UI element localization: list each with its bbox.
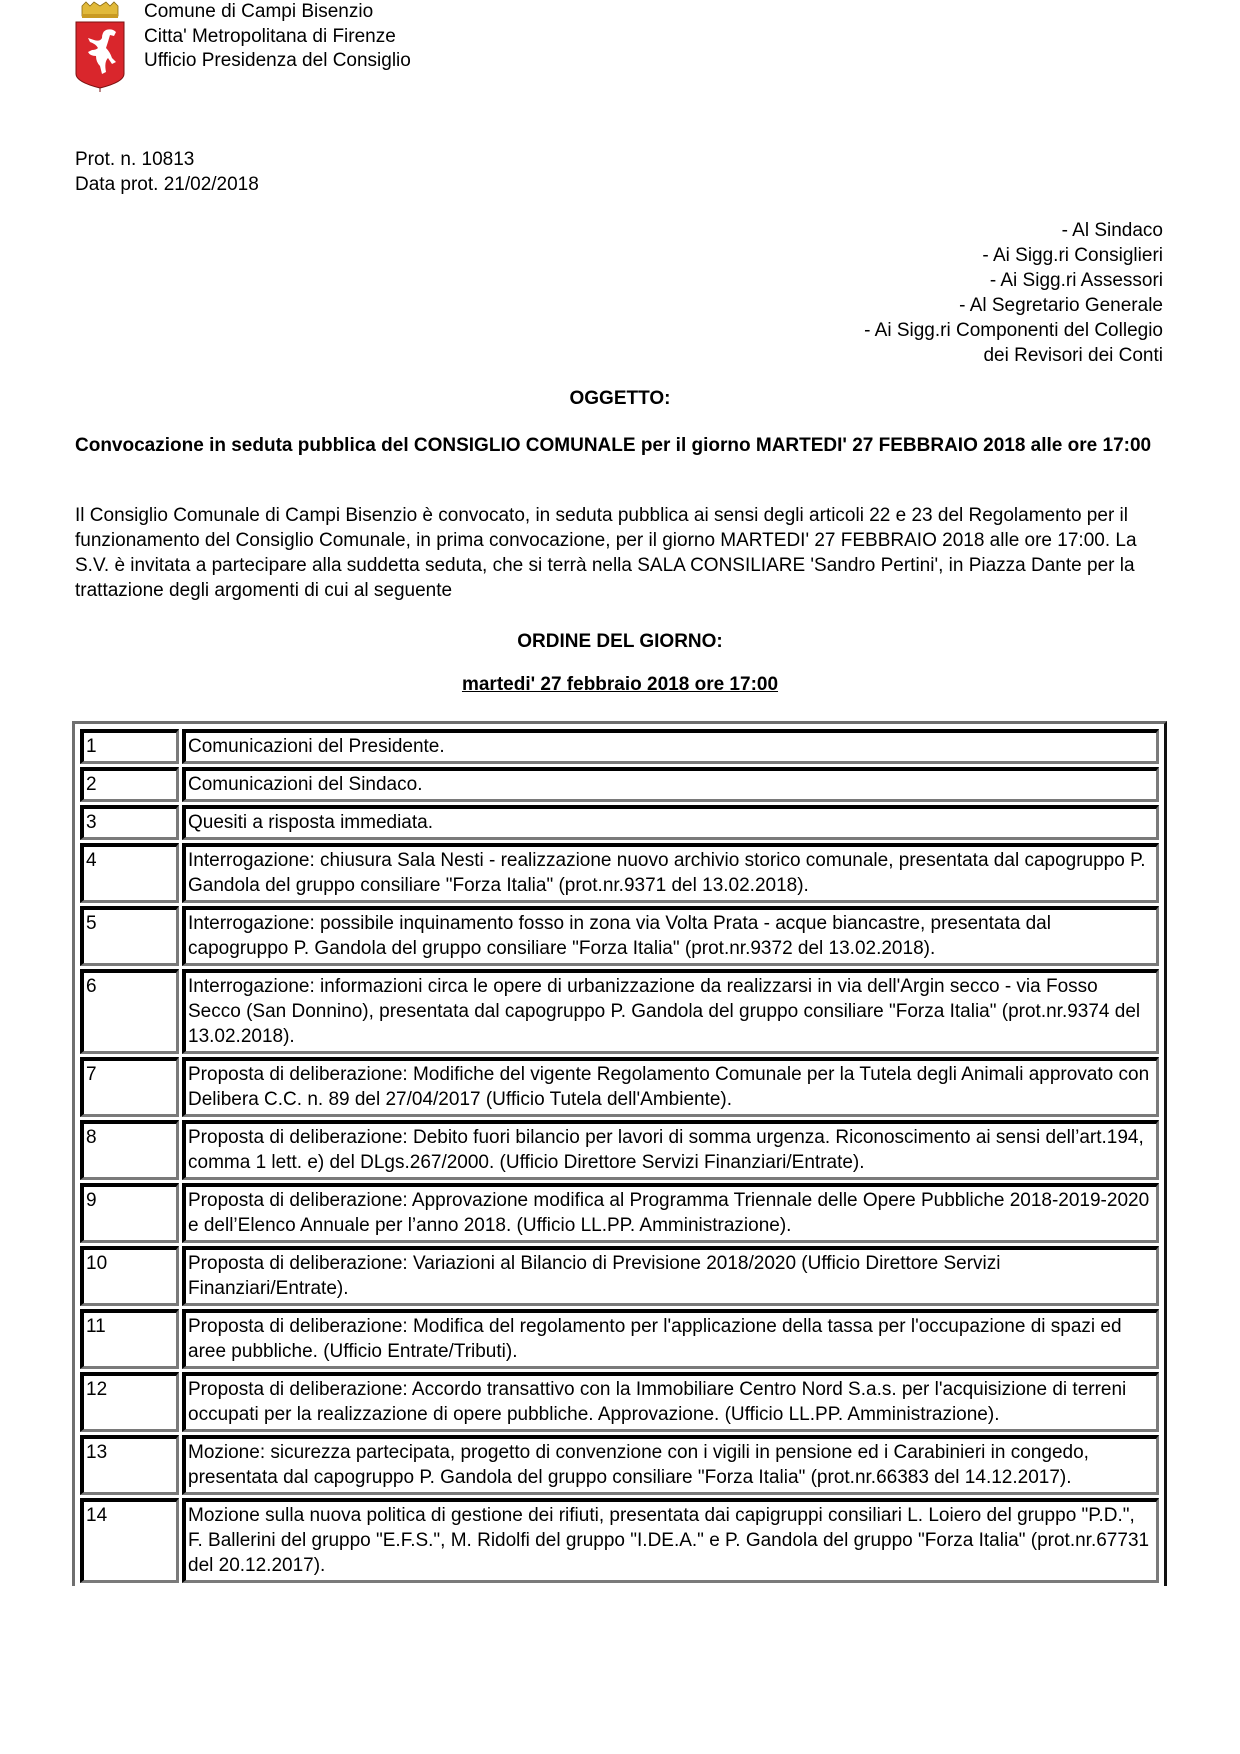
agenda-item-number: 8 xyxy=(80,1120,179,1180)
protocol-block: Prot. n. 10813 Data prot. 21/02/2018 xyxy=(75,148,259,197)
agenda-row: 6Interrogazione: informazioni circa le o… xyxy=(80,969,1159,1054)
agenda-item-text: Interrogazione: informazioni circa le op… xyxy=(182,969,1159,1054)
agenda-item-text: Proposta di deliberazione: Accordo trans… xyxy=(182,1372,1159,1432)
agenda-item-number: 10 xyxy=(80,1246,179,1306)
agenda-table: 1Comunicazioni del Presidente.2Comunicaz… xyxy=(72,721,1167,1586)
agenda-row: 5Interrogazione: possibile inquinamento … xyxy=(80,906,1159,966)
agenda-row: 11Proposta di deliberazione: Modifica de… xyxy=(80,1309,1159,1369)
agenda-item-number: 11 xyxy=(80,1309,179,1369)
agenda-row: 13Mozione: sicurezza partecipata, proget… xyxy=(80,1435,1159,1495)
agenda-row: 12Proposta di deliberazione: Accordo tra… xyxy=(80,1372,1159,1432)
coat-of-arms-logo xyxy=(72,0,128,92)
agenda-row: 1Comunicazioni del Presidente. xyxy=(80,729,1159,764)
agenda-item-number: 6 xyxy=(80,969,179,1054)
agenda-item-number: 9 xyxy=(80,1183,179,1243)
agenda-row: 2Comunicazioni del Sindaco. xyxy=(80,767,1159,802)
addressee: - Ai Sigg.ri Assessori xyxy=(864,268,1163,293)
issuer-header: Comune di Campi Bisenzio Citta' Metropol… xyxy=(144,0,411,74)
addressee: - Ai Sigg.ri Consiglieri xyxy=(864,243,1163,268)
addressee: dei Revisori dei Conti xyxy=(864,343,1163,368)
agenda-item-text: Mozione sulla nuova politica di gestione… xyxy=(182,1498,1159,1583)
agenda-item-text: Interrogazione: possibile inquinamento f… xyxy=(182,906,1159,966)
agenda-item-text: Proposta di deliberazione: Debito fuori … xyxy=(182,1120,1159,1180)
protocol-number: Prot. n. 10813 xyxy=(75,148,259,173)
agenda-date-wrap: martedi' 27 febbraio 2018 ore 17:00 xyxy=(0,674,1240,696)
agenda-item-number: 3 xyxy=(80,805,179,840)
agenda-item-number: 1 xyxy=(80,729,179,764)
agenda-heading: ORDINE DEL GIORNO: xyxy=(0,631,1240,653)
issuer-line: Ufficio Presidenza del Consiglio xyxy=(144,49,411,74)
agenda-row: 3Quesiti a risposta immediata. xyxy=(80,805,1159,840)
agenda-item-text: Comunicazioni del Sindaco. xyxy=(182,767,1159,802)
agenda-row: 4Interrogazione: chiusura Sala Nesti - r… xyxy=(80,843,1159,903)
agenda-item-number: 2 xyxy=(80,767,179,802)
issuer-line: Citta' Metropolitana di Firenze xyxy=(144,25,411,50)
agenda-item-text: Proposta di deliberazione: Variazioni al… xyxy=(182,1246,1159,1306)
convocation-paragraph: Il Consiglio Comunale di Campi Bisenzio … xyxy=(75,503,1170,603)
agenda-item-number: 5 xyxy=(80,906,179,966)
agenda-row: 10Proposta di deliberazione: Variazioni … xyxy=(80,1246,1159,1306)
agenda-row: 9Proposta di deliberazione: Approvazione… xyxy=(80,1183,1159,1243)
addressee: - Al Sindaco xyxy=(864,218,1163,243)
agenda-item-text: Quesiti a risposta immediata. xyxy=(182,805,1159,840)
agenda-item-text: Mozione: sicurezza partecipata, progetto… xyxy=(182,1435,1159,1495)
agenda-date: martedi' 27 febbraio 2018 ore 17:00 xyxy=(462,674,778,695)
agenda-item-number: 7 xyxy=(80,1057,179,1117)
addressees-list: - Al Sindaco - Ai Sigg.ri Consiglieri - … xyxy=(864,218,1163,368)
addressee: - Ai Sigg.ri Componenti del Collegio xyxy=(864,318,1163,343)
agenda-item-text: Interrogazione: chiusura Sala Nesti - re… xyxy=(182,843,1159,903)
agenda-item-number: 12 xyxy=(80,1372,179,1432)
agenda-item-text: Comunicazioni del Presidente. xyxy=(182,729,1159,764)
agenda-row: 7Proposta di deliberazione: Modifiche de… xyxy=(80,1057,1159,1117)
agenda-item-number: 13 xyxy=(80,1435,179,1495)
agenda-item-text: Proposta di deliberazione: Modifiche del… xyxy=(182,1057,1159,1117)
coat-of-arms-icon xyxy=(72,0,128,92)
subject-heading: OGGETTO: xyxy=(0,388,1240,410)
agenda-item-number: 4 xyxy=(80,843,179,903)
protocol-date: Data prot. 21/02/2018 xyxy=(75,173,259,198)
subject-text: Convocazione in seduta pubblica del CONS… xyxy=(75,433,1175,458)
addressee: - Al Segretario Generale xyxy=(864,293,1163,318)
agenda-item-text: Proposta di deliberazione: Approvazione … xyxy=(182,1183,1159,1243)
agenda-table-body: 1Comunicazioni del Presidente.2Comunicaz… xyxy=(80,729,1159,1583)
issuer-line: Comune di Campi Bisenzio xyxy=(144,0,411,25)
agenda-item-text: Proposta di deliberazione: Modifica del … xyxy=(182,1309,1159,1369)
agenda-item-number: 14 xyxy=(80,1498,179,1583)
agenda-row: 8Proposta di deliberazione: Debito fuori… xyxy=(80,1120,1159,1180)
agenda-row: 14Mozione sulla nuova politica di gestio… xyxy=(80,1498,1159,1583)
